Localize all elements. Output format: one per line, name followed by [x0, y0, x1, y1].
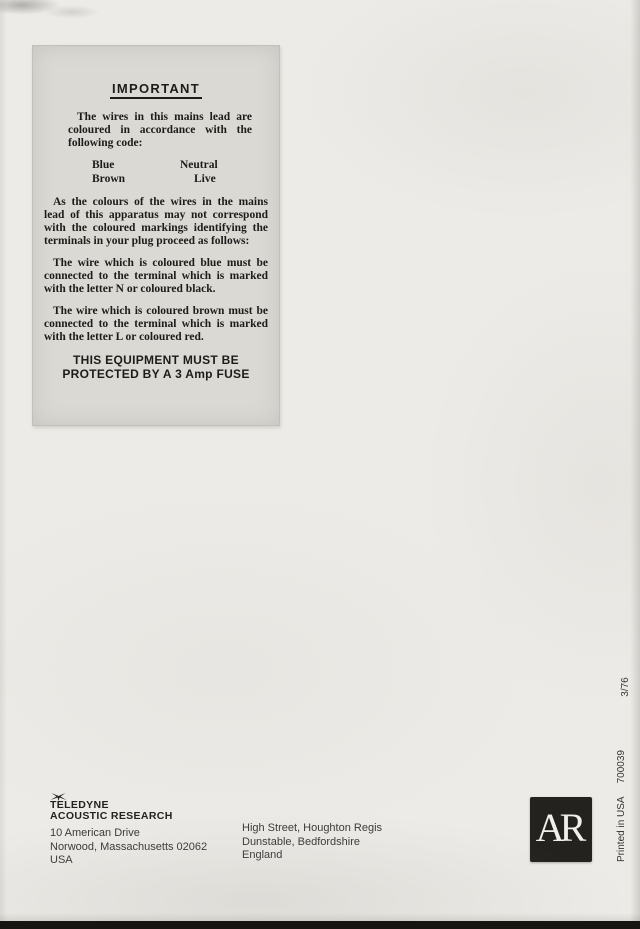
uk-address-line-1: High Street, Houghton Regis — [242, 822, 382, 836]
division-name: ACOUSTIC RESEARCH — [50, 811, 207, 822]
notice-title: IMPORTANT — [110, 82, 202, 99]
us-address-line-2: Norwood, Massachusetts 02062 — [50, 841, 207, 855]
code-row-brown: Brown Live — [44, 172, 268, 186]
notice-para-brown-wire: The wire which is coloured brown must be… — [44, 305, 268, 344]
us-address-line-1: 10 American Drive — [50, 827, 207, 841]
us-address-line-3: USA — [50, 854, 207, 868]
print-code-text: 700039 — [615, 750, 629, 783]
ar-logo: AR — [530, 797, 592, 862]
notice-para-colours: As the colours of the wires in the mains… — [44, 196, 268, 248]
mains-wiring-notice: IMPORTANT The wires in this mains lead a… — [32, 45, 280, 426]
margin-date-code: 3/76 — [619, 667, 633, 707]
ar-logo-text: AR — [536, 808, 587, 852]
brand-name: TELEDYNE — [50, 800, 207, 811]
printed-in-usa-text: Printed in USA — [615, 796, 629, 862]
fuse-warning-line2: PROTECTED BY A 3 Amp FUSE — [44, 368, 268, 382]
date-code-text: 3/76 — [620, 677, 631, 696]
wire-colour-code: Blue Neutral Brown Live — [44, 158, 268, 186]
uk-address-line-2: Dunstable, Bedfordshire — [242, 836, 382, 850]
us-address-block: TELEDYNE ACOUSTIC RESEARCH 10 American D… — [50, 788, 207, 868]
margin-print-note: Printed in USA 700039 — [615, 754, 629, 858]
code-meaning-neutral: Neutral — [180, 158, 218, 172]
us-address-lines: 10 American Drive Norwood, Massachusetts… — [50, 827, 207, 868]
code-meaning-live: Live — [194, 172, 216, 186]
scan-edge-bar — [0, 921, 640, 929]
notice-para-blue-wire: The wire which is coloured blue must be … — [44, 257, 268, 296]
code-colour-brown: Brown — [92, 172, 180, 186]
notice-intro: The wires in this mains lead are coloure… — [68, 111, 252, 150]
notice-title-row: IMPORTANT — [44, 82, 268, 99]
teledyne-logo-icon — [50, 788, 207, 798]
code-colour-blue: Blue — [92, 158, 180, 172]
fuse-warning-line1: THIS EQUIPMENT MUST BE — [44, 354, 268, 368]
uk-address-line-3: England — [242, 849, 382, 863]
uk-address-block: High Street, Houghton Regis Dunstable, B… — [242, 822, 382, 863]
scanned-manual-back-page: IMPORTANT The wires in this mains lead a… — [0, 0, 640, 929]
fuse-warning: THIS EQUIPMENT MUST BE PROTECTED BY A 3 … — [44, 354, 268, 381]
code-row-blue: Blue Neutral — [44, 158, 268, 172]
